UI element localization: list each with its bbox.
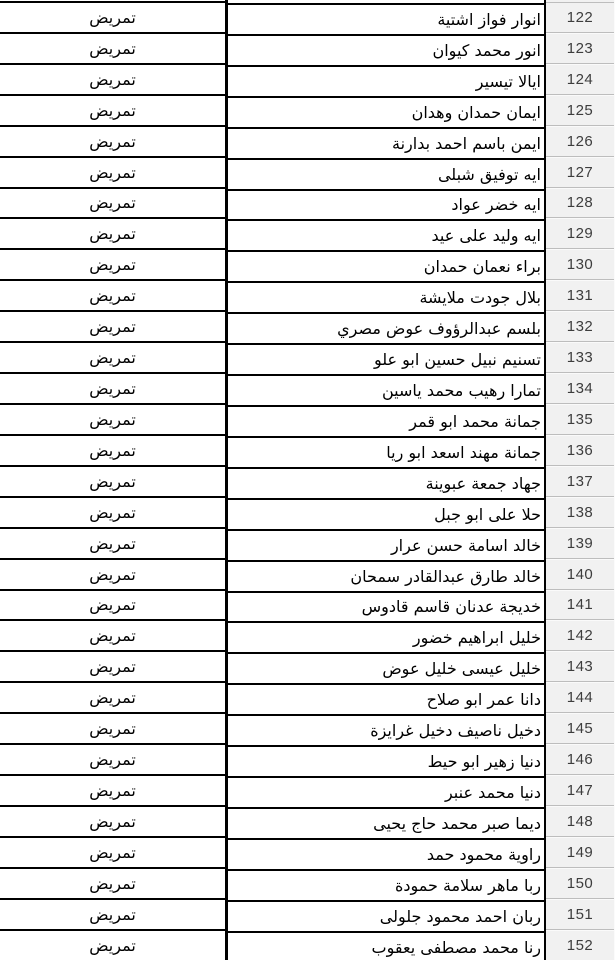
row-number[interactable]: 138 — [546, 497, 614, 528]
names-column: انوار فواز اشتيةانور محمد كيوانايالا تيس… — [228, 3, 544, 960]
row-number[interactable]: 146 — [546, 744, 614, 775]
row-number[interactable]: 137 — [546, 466, 614, 497]
row-number[interactable]: 131 — [546, 280, 614, 311]
spreadsheet-view: تمريضتمريضتمريضتمريضتمريضتمريضتمريضتمريض… — [0, 0, 615, 960]
dept-cell[interactable]: تمريض — [0, 652, 225, 683]
dept-cell[interactable]: تمريض — [0, 869, 225, 900]
row-number[interactable]: 128 — [546, 188, 614, 219]
dept-cell[interactable]: تمريض — [0, 96, 225, 127]
row-number[interactable]: 134 — [546, 373, 614, 404]
name-cell[interactable]: ربان احمد محمود جلولى — [228, 902, 544, 933]
row-number[interactable]: 142 — [546, 620, 614, 651]
dept-cell[interactable]: تمريض — [0, 621, 225, 652]
row-number[interactable]: 132 — [546, 311, 614, 342]
name-cell[interactable]: خالد اسامة حسن عرار — [228, 531, 544, 562]
dept-cell[interactable]: تمريض — [0, 683, 225, 714]
dept-cell[interactable]: تمريض — [0, 3, 225, 34]
dept-cell[interactable]: تمريض — [0, 312, 225, 343]
name-cell[interactable]: جمانة مهند اسعد ابو ريا — [228, 438, 544, 469]
dept-cell[interactable]: تمريض — [0, 374, 225, 405]
name-cell[interactable]: خالد طارق عبدالقادر سمحان — [228, 562, 544, 593]
row-number[interactable]: 123 — [546, 33, 614, 64]
dept-cell[interactable]: تمريض — [0, 498, 225, 529]
row-number[interactable]: 145 — [546, 713, 614, 744]
row-number[interactable]: 150 — [546, 868, 614, 899]
row-number[interactable]: 139 — [546, 528, 614, 559]
row-number[interactable]: 147 — [546, 775, 614, 806]
name-cell[interactable]: جهاد جمعة عبوينة — [228, 469, 544, 500]
row-number[interactable]: 125 — [546, 95, 614, 126]
name-cell[interactable]: ايمان حمدان وهدان — [228, 98, 544, 129]
row-number[interactable]: 136 — [546, 435, 614, 466]
name-cell[interactable]: بلسم عبدالرؤوف عوض مصري — [228, 314, 544, 345]
name-cell[interactable]: خليل ابراهيم خضور — [228, 623, 544, 654]
dept-cell[interactable]: تمريض — [0, 560, 225, 591]
dept-cell[interactable]: تمريض — [0, 745, 225, 776]
row-number[interactable]: 130 — [546, 249, 614, 280]
name-cell[interactable]: راوية محمود حمد — [228, 840, 544, 871]
name-cell[interactable]: تمارا رهيب محمد ياسين — [228, 376, 544, 407]
row-number[interactable]: 129 — [546, 218, 614, 249]
dept-cell[interactable]: تمريض — [0, 591, 225, 622]
dept-cell[interactable]: تمريض — [0, 807, 225, 838]
dept-cell[interactable]: تمريض — [0, 158, 225, 189]
name-cell[interactable]: ايمن باسم احمد بدارنة — [228, 129, 544, 160]
row-number[interactable]: 149 — [546, 837, 614, 868]
dept-cell[interactable]: تمريض — [0, 343, 225, 374]
name-cell[interactable]: خديجة عدنان قاسم قادوس — [228, 593, 544, 624]
name-cell[interactable]: ايه خضر عواد — [228, 191, 544, 222]
row-number[interactable]: 144 — [546, 682, 614, 713]
dept-cell[interactable]: تمريض — [0, 65, 225, 96]
name-cell[interactable]: حلا على ابو جبل — [228, 500, 544, 531]
dept-cell[interactable]: تمريض — [0, 467, 225, 498]
row-number[interactable]: 148 — [546, 806, 614, 837]
dept-cell[interactable]: تمريض — [0, 529, 225, 560]
row-number[interactable]: 151 — [546, 899, 614, 930]
row-number[interactable]: 126 — [546, 126, 614, 157]
name-cell[interactable]: تسنيم نبيل حسين ابو علو — [228, 345, 544, 376]
name-cell[interactable]: انوار فواز اشتية — [228, 5, 544, 36]
name-cell[interactable]: ايه توفيق شبلى — [228, 160, 544, 191]
name-cell[interactable]: ايه وليد على عيد — [228, 221, 544, 252]
dept-cell[interactable]: تمريض — [0, 219, 225, 250]
dept-cell[interactable]: تمريض — [0, 281, 225, 312]
row-number[interactable]: 141 — [546, 590, 614, 621]
name-cell[interactable]: خليل عيسى خليل عوض — [228, 654, 544, 685]
dept-cell[interactable]: تمريض — [0, 900, 225, 931]
row-number[interactable]: 152 — [546, 930, 614, 960]
row-number-gutter: 1221231241251261271281291301311321331341… — [546, 0, 615, 960]
dept-cell[interactable]: تمريض — [0, 776, 225, 807]
dept-cell[interactable]: تمريض — [0, 838, 225, 869]
name-cell[interactable]: دنيا محمد عنبر — [228, 778, 544, 809]
row-number[interactable]: 143 — [546, 651, 614, 682]
dept-cell[interactable]: تمريض — [0, 436, 225, 467]
name-cell[interactable]: دانا عمر ابو صلاح — [228, 685, 544, 716]
name-cell[interactable]: ايالا تيسير — [228, 67, 544, 98]
row-number[interactable]: 122 — [546, 2, 614, 33]
name-cell[interactable]: دخيل ناصيف دخيل غرايزة — [228, 716, 544, 747]
row-number[interactable]: 124 — [546, 64, 614, 95]
dept-cell[interactable]: تمريض — [0, 405, 225, 436]
row-number[interactable]: 140 — [546, 559, 614, 590]
row-number[interactable]: 133 — [546, 342, 614, 373]
name-cell[interactable]: ربا ماهر سلامة حمودة — [228, 871, 544, 902]
dept-cell[interactable]: تمريض — [0, 931, 225, 960]
name-cell[interactable]: بلال جودت ملايشة — [228, 283, 544, 314]
name-cell[interactable]: رنا محمد مصطفى يعقوب — [228, 933, 544, 960]
name-cell[interactable]: براء نعمان حمدان — [228, 252, 544, 283]
dept-cell[interactable]: تمريض — [0, 34, 225, 65]
department-column: تمريضتمريضتمريضتمريضتمريضتمريضتمريضتمريض… — [0, 1, 225, 960]
dept-cell[interactable]: تمريض — [0, 250, 225, 281]
row-number[interactable]: 127 — [546, 157, 614, 188]
dept-cell[interactable]: تمريض — [0, 189, 225, 220]
name-cell[interactable]: ديما صبر محمد حاج يحيى — [228, 809, 544, 840]
row-number[interactable]: 135 — [546, 404, 614, 435]
name-cell[interactable]: جمانة محمد ابو قمر — [228, 407, 544, 438]
dept-cell[interactable]: تمريض — [0, 127, 225, 158]
dept-cell[interactable]: تمريض — [0, 714, 225, 745]
name-cell[interactable]: انور محمد كيوان — [228, 36, 544, 67]
name-cell[interactable]: دنيا زهير ابو حيط — [228, 747, 544, 778]
